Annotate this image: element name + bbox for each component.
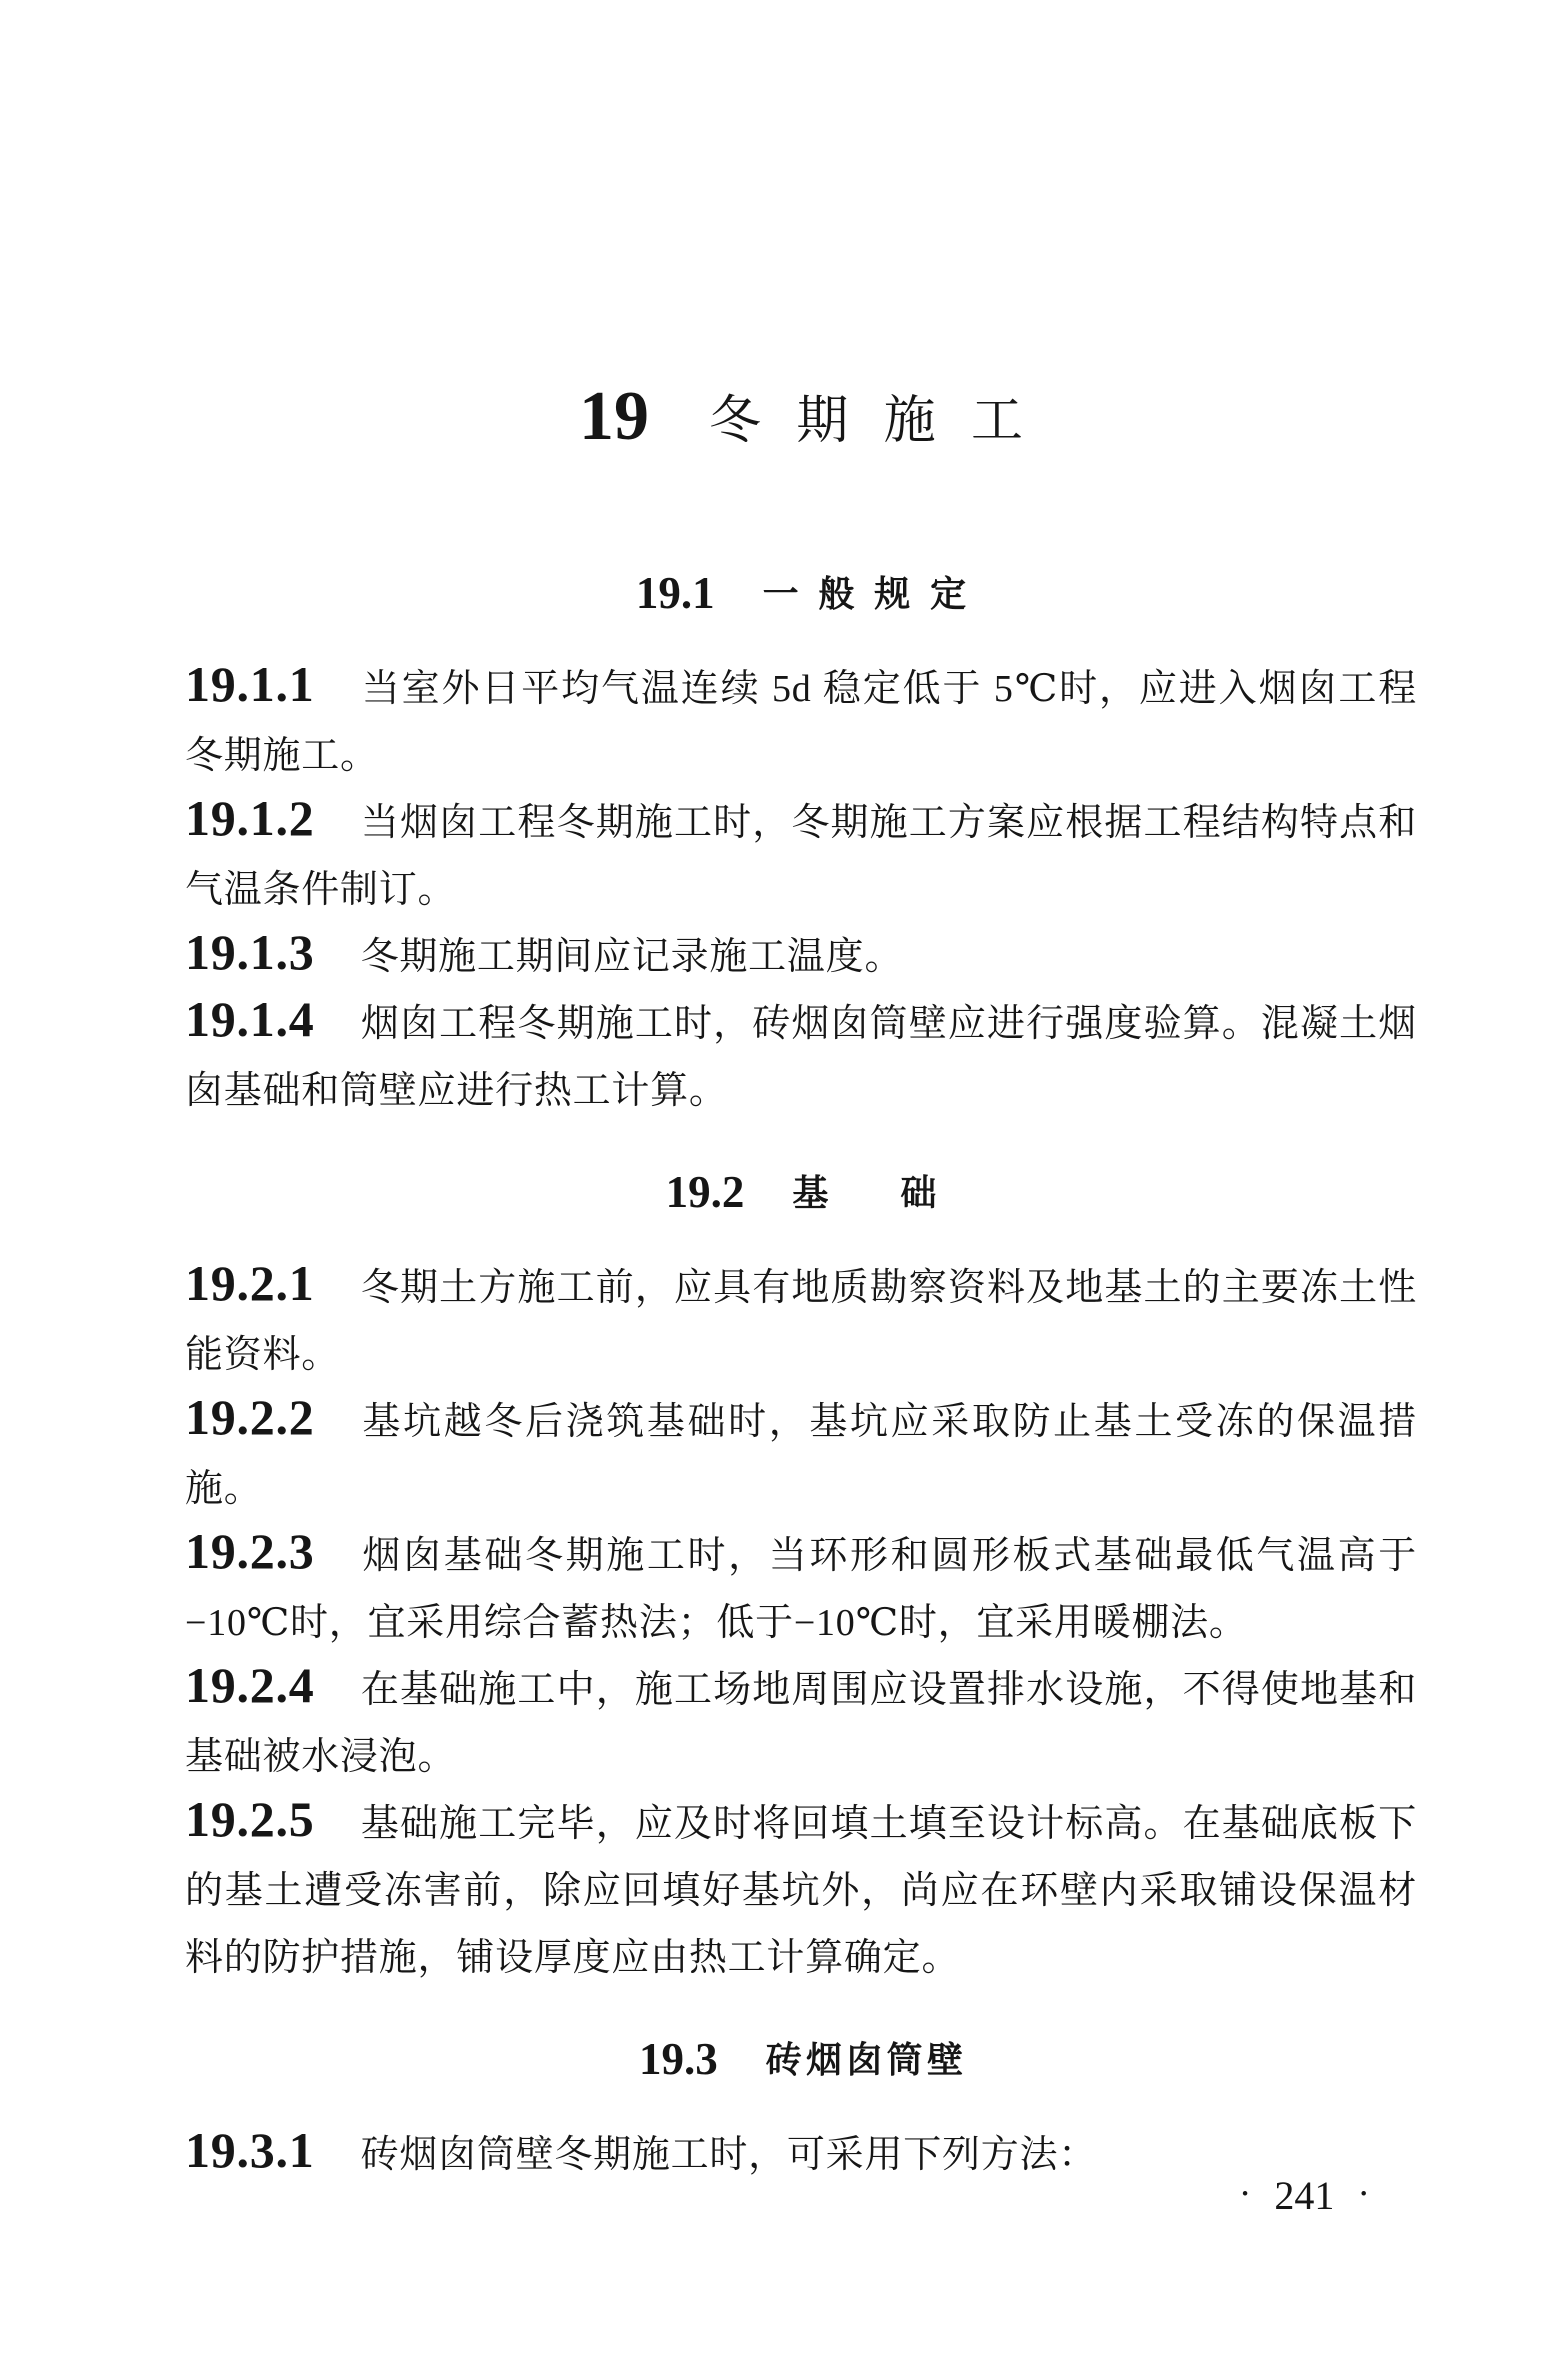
clause-text: 基础施工完毕，应及时将回填土填至设计标高。在基础底板下的基土遭受冻害前，除应回填… — [185, 1803, 1417, 1979]
section-number: 19.2 — [666, 1167, 745, 1217]
clause-19-2-3: 19.2.3烟囱基础冬期施工时，当环形和圆形板式基础最低气温高于−10℃时，宜采… — [185, 1523, 1417, 1657]
page-number-bullet-left: • — [1242, 2184, 1249, 2205]
clause-number: 19.1.3 — [185, 924, 315, 980]
page-number-value: 241 — [1274, 2173, 1334, 2218]
clause-text: 当烟囱工程冬期施工时，冬期施工方案应根据工程结构特点和气温条件制订。 — [185, 802, 1417, 911]
clause-text: 基坑越冬后浇筑基础时，基坑应采取防止基土受冻的保温措施。 — [185, 1401, 1417, 1510]
page-number: •241• — [1242, 2176, 1367, 2216]
clause-19-1-3: 19.1.3冬期施工期间应记录施工温度。 — [185, 924, 1417, 991]
clause-text: 烟囱基础冬期施工时，当环形和圆形板式基础最低气温高于−10℃时，宜采用综合蓄热法… — [185, 1535, 1417, 1644]
clause-19-2-5: 19.2.5基础施工完毕，应及时将回填土填至设计标高。在基础底板下的基土遭受冻害… — [185, 1791, 1417, 1992]
chapter-title: 冬期施工 — [709, 393, 1058, 450]
clause-text: 当室外日平均气温连续 5d 稳定低于 5℃时，应进入烟囱工程冬期施工。 — [185, 668, 1417, 777]
clause-19-2-1: 19.2.1冬期土方施工前，应具有地质勘察资料及地基土的主要冻土性能资料。 — [185, 1255, 1417, 1389]
section-number: 19.3 — [639, 2034, 718, 2084]
page-content: 19冬期施工 19.1一般规定 19.1.1当室外日平均气温连续 5d 稳定低于… — [185, 0, 1417, 2189]
section-heading-19-1: 19.1一般规定 — [185, 571, 1417, 616]
section-title: 基 础 — [792, 1172, 936, 1213]
clause-19-1-1: 19.1.1当室外日平均气温连续 5d 稳定低于 5℃时，应进入烟囱工程冬期施工… — [185, 656, 1417, 790]
document-page: { "chapter": { "number": "19", "title": … — [0, 0, 1542, 2371]
clause-number: 19.1.4 — [185, 991, 315, 1047]
chapter-number: 19 — [579, 378, 649, 455]
clause-19-1-2: 19.1.2当烟囱工程冬期施工时，冬期施工方案应根据工程结构特点和气温条件制订。 — [185, 790, 1417, 924]
clause-text: 冬期土方施工前，应具有地质勘察资料及地基土的主要冻土性能资料。 — [185, 1267, 1417, 1376]
clause-number: 19.2.2 — [185, 1389, 315, 1445]
clause-19-2-2: 19.2.2基坑越冬后浇筑基础时，基坑应采取防止基土受冻的保温措施。 — [185, 1389, 1417, 1523]
page-number-bullet-right: • — [1360, 2184, 1367, 2205]
section-heading-19-2: 19.2基 础 — [185, 1170, 1417, 1215]
clause-number: 19.3.1 — [185, 2122, 315, 2178]
clause-number: 19.2.3 — [185, 1523, 315, 1579]
clause-text: 烟囱工程冬期施工时，砖烟囱筒壁应进行强度验算。混凝土烟囱基础和筒壁应进行热工计算… — [185, 1003, 1417, 1112]
section-title: 一般规定 — [763, 573, 986, 614]
chapter-heading: 19冬期施工 — [185, 0, 1417, 456]
clause-number: 19.2.5 — [185, 1791, 315, 1847]
section-number: 19.1 — [636, 568, 715, 618]
clause-text: 砖烟囱筒壁冬期施工时，可采用下列方法： — [361, 2134, 1097, 2176]
clause-number: 19.2.4 — [185, 1657, 315, 1713]
clause-19-1-4: 19.1.4烟囱工程冬期施工时，砖烟囱筒壁应进行强度验算。混凝土烟囱基础和筒壁应… — [185, 991, 1417, 1125]
clause-19-2-4: 19.2.4在基础施工中，施工场地周围应设置排水设施，不得使地基和基础被水浸泡。 — [185, 1657, 1417, 1791]
clause-number: 19.1.2 — [185, 790, 315, 846]
clause-number: 19.2.1 — [185, 1255, 315, 1311]
clause-text: 冬期施工期间应记录施工温度。 — [361, 936, 904, 978]
section-heading-19-3: 19.3砖烟囱筒壁 — [185, 2037, 1417, 2082]
clause-text: 在基础施工中，施工场地周围应设置排水设施，不得使地基和基础被水浸泡。 — [185, 1669, 1417, 1778]
clause-number: 19.1.1 — [185, 656, 315, 712]
section-title: 砖烟囱筒壁 — [766, 2039, 968, 2080]
clause-19-3-1: 19.3.1砖烟囱筒壁冬期施工时，可采用下列方法： — [185, 2122, 1417, 2189]
